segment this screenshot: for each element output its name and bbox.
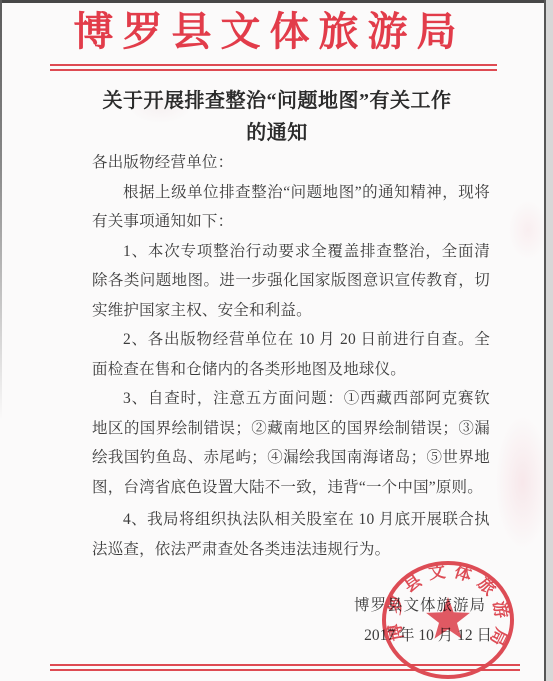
seal-star [426, 597, 470, 639]
letterhead-divider [50, 64, 497, 71]
scanned-document: 博罗县文体旅游局 关于开展排查整治“问题地图”有关工作的通知 各出版物经营单位：… [0, 0, 553, 681]
letterhead-agency-name: 博罗县文体旅游局 [0, 8, 539, 56]
salutation: 各出版物经营单位： [92, 148, 490, 178]
paragraph-item-1: 1、本次专项整治行动要求全覆盖排查整治，全面清除各类问题地图。进一步强化国家版图… [92, 237, 490, 326]
document-body: 各出版物经营单位： 根据上级单位排查整治“问题地图”的通知精神，现将有关事项通知… [92, 148, 490, 564]
paragraph-item-3: 3、自查时，注意五方面问题：①西藏西部阿克赛钦地区的国界绘制错误；②藏南地区的国… [92, 384, 490, 502]
official-seal: 博罗县文体旅游局 [380, 558, 517, 681]
paragraph-item-2: 2、各出版物经营单位在 10 月 20 日前进行自查。全面检查在售和仓储内的各类… [92, 325, 490, 384]
paragraph-intro: 根据上级单位排查整治“问题地图”的通知精神，现将有关事项通知如下： [92, 178, 490, 237]
document-title: 关于开展排查整治“问题地图”有关工作的通知 [96, 85, 458, 149]
footer-divider [50, 664, 520, 671]
scan-edge-left [0, 0, 2, 420]
scan-edge-right [544, 0, 553, 681]
ink-smudge [495, 415, 550, 550]
scan-edge-top [0, 0, 553, 3]
ink-smudge [508, 200, 548, 260]
paragraph-item-4: 4、我局将组织执法队相关股室在 10 月底开展联合执法巡查，依法严肃查处各类违法… [92, 505, 490, 564]
